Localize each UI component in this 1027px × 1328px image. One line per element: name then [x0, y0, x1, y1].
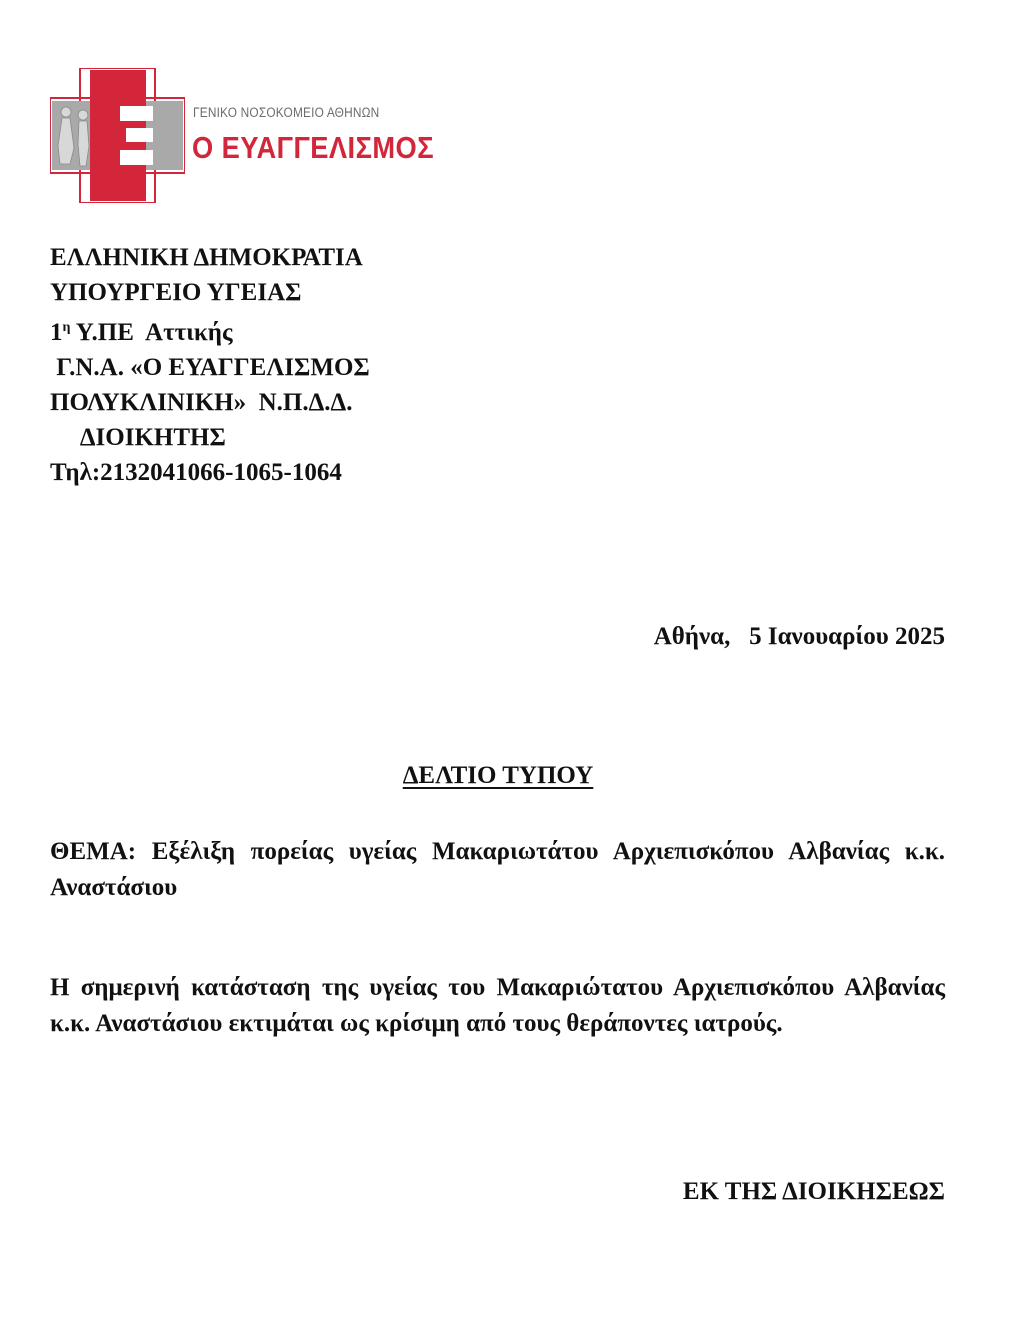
- hospital-cross-epsilon-logo-icon: [50, 68, 185, 203]
- letterhead-ministry: ΥΠΟΥΡΓΕΙΟ ΥΓΕΙΑΣ: [50, 275, 370, 310]
- document-subject: ΘΕΜΑ: Εξέλιξη πορείας υγείας Μακαριωτάτο…: [50, 834, 945, 906]
- hospital-logo: ΓΕΝΙΚΟ ΝΟΣΟΚΟΜΕΙΟ ΑΘΗΝΩΝ Ο ΕΥΑΓΓΕΛΙΣΜΟΣ: [50, 68, 455, 203]
- document-body: Η σημερινή κατάσταση της υγείας του Μακα…: [50, 970, 945, 1042]
- document-signoff: ΕΚ ΤΗΣ ΔΙΟΙΚΗΣΕΩΣ: [683, 1178, 945, 1206]
- ype-region: Υ.ΠΕ Αττικής: [70, 319, 232, 346]
- logo-name: Ο ΕΥΑΓΓΕΛΙΣΜΟΣ: [192, 130, 434, 166]
- logo-subtitle: ΓΕΝΙΚΟ ΝΟΣΟΚΟΜΕΙΟ ΑΘΗΝΩΝ: [193, 105, 379, 120]
- letterhead-phone: Τηλ:2132041066-1065-1064: [50, 455, 370, 490]
- document-date: Αθήνα, 5 Ιανουαρίου 2025: [654, 623, 945, 651]
- document-title: ΔΕΛΤΙΟ ΤΥΠΟΥ: [0, 762, 996, 790]
- letterhead-ype: 1η Υ.ΠΕ Αττικής: [50, 310, 370, 350]
- letterhead-hospital-line2: ΠΟΛΥΚΛΙΝΙΚΗ» Ν.Π.Δ.Δ.: [50, 385, 370, 420]
- ype-number: 1: [50, 319, 63, 346]
- letterhead-office: ΔΙΟΙΚΗΤΗΣ: [50, 420, 370, 455]
- letterhead: ΕΛΛΗΝΙΚΗ ΔΗΜΟΚΡΑΤΙΑ ΥΠΟΥΡΓΕΙΟ ΥΓΕΙΑΣ 1η …: [50, 240, 370, 490]
- letterhead-hospital-line1: Γ.Ν.Α. «Ο ΕΥΑΓΓΕΛΙΣΜΟΣ: [50, 350, 370, 385]
- letterhead-republic: ΕΛΛΗΝΙΚΗ ΔΗΜΟΚΡΑΤΙΑ: [50, 240, 370, 275]
